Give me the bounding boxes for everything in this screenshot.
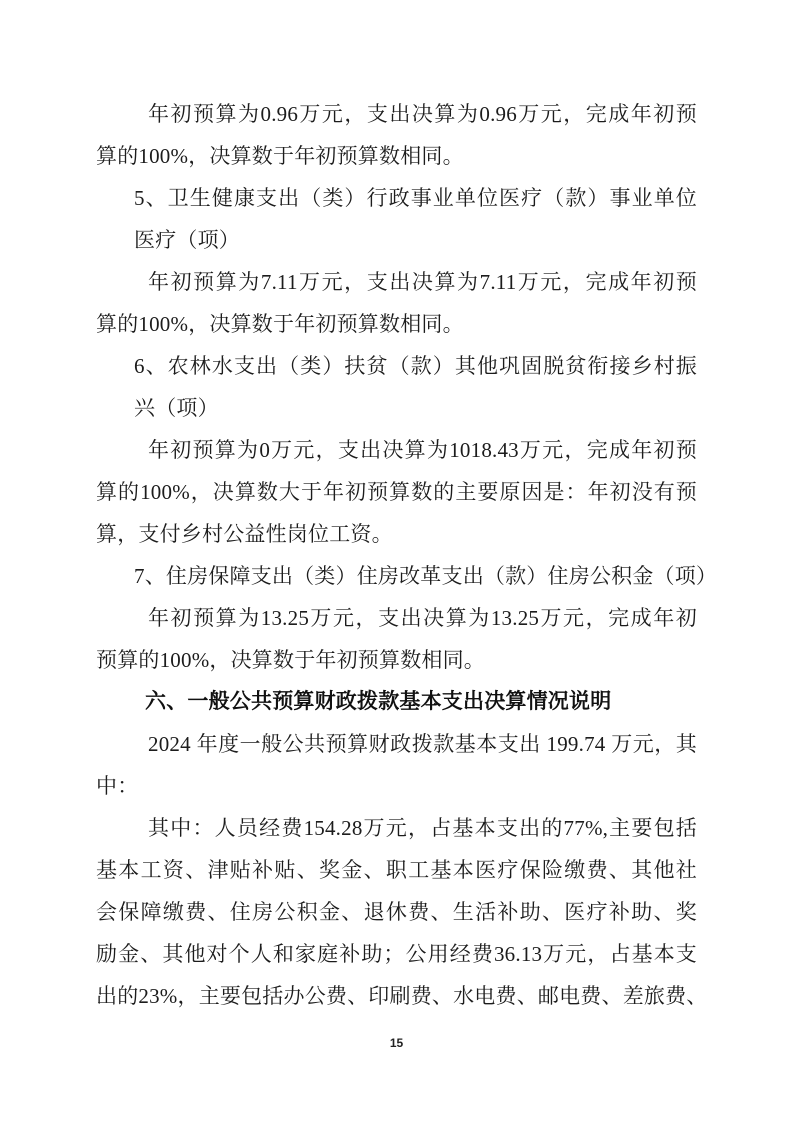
- text-line-10: 算的100%，决算数大于年初预算数的主要原因是：年初没有预: [96, 471, 697, 513]
- text-line-09: 年初预算为0万元，支出决算为1018.43万元，完成年初预: [96, 429, 697, 471]
- item-6-title-line-1: 6、农林水支出（类）扶贫（款）其他巩固脱贫衔接乡村振: [96, 345, 697, 387]
- text-line-06: 算的100%，决算数于年初预算数相同。: [96, 303, 697, 345]
- item-6-title-line-2: 兴（项）: [96, 387, 697, 429]
- page-number: 15: [0, 1036, 793, 1050]
- document-body: 年初预算为0.96万元，支出决算为0.96万元，完成年初预 算的100%，决算数…: [96, 93, 697, 1017]
- text-line-02: 算的100%，决算数于年初预算数相同。: [96, 135, 697, 177]
- text-line-11: 算，支付乡村公益性岗位工资。: [96, 513, 697, 555]
- text-line-20: 会保障缴费、住房公积金、退休费、生活补助、医疗补助、奖: [96, 891, 697, 933]
- item-5-title-line-1: 5、卫生健康支出（类）行政事业单位医疗（款）事业单位: [96, 177, 697, 219]
- text-line-13: 年初预算为13.25万元，支出决算为13.25万元，完成年初: [96, 597, 697, 639]
- section-six-heading: 六、一般公共预算财政拨款基本支出决算情况说明: [96, 681, 697, 723]
- item-5-title-line-2: 医疗（项）: [96, 219, 697, 261]
- text-line-01: 年初预算为0.96万元，支出决算为0.96万元，完成年初预: [96, 93, 697, 135]
- text-line-18: 其中：人员经费154.28万元，占基本支出的77%,主要包括: [96, 807, 697, 849]
- text-line-19: 基本工资、津贴补贴、奖金、职工基本医疗保险缴费、其他社: [96, 849, 697, 891]
- item-7-title-line: 7、住房保障支出（类）住房改革支出（款）住房公积金（项）: [96, 555, 697, 597]
- text-line-17: 中：: [96, 765, 697, 807]
- text-line-14: 预算的100%，决算数于年初预算数相同。: [96, 639, 697, 681]
- text-line-22: 出的23%，主要包括办公费、印刷费、水电费、邮电费、差旅费、: [96, 975, 697, 1017]
- document-page: 年初预算为0.96万元，支出决算为0.96万元，完成年初预 算的100%，决算数…: [0, 0, 793, 1122]
- text-line-05: 年初预算为7.11万元，支出决算为7.11万元，完成年初预: [96, 261, 697, 303]
- text-line-16: 2024 年度一般公共预算财政拨款基本支出 199.74 万元，其: [96, 723, 697, 765]
- text-line-21: 励金、其他对个人和家庭补助；公用经费36.13万元，占基本支: [96, 933, 697, 975]
